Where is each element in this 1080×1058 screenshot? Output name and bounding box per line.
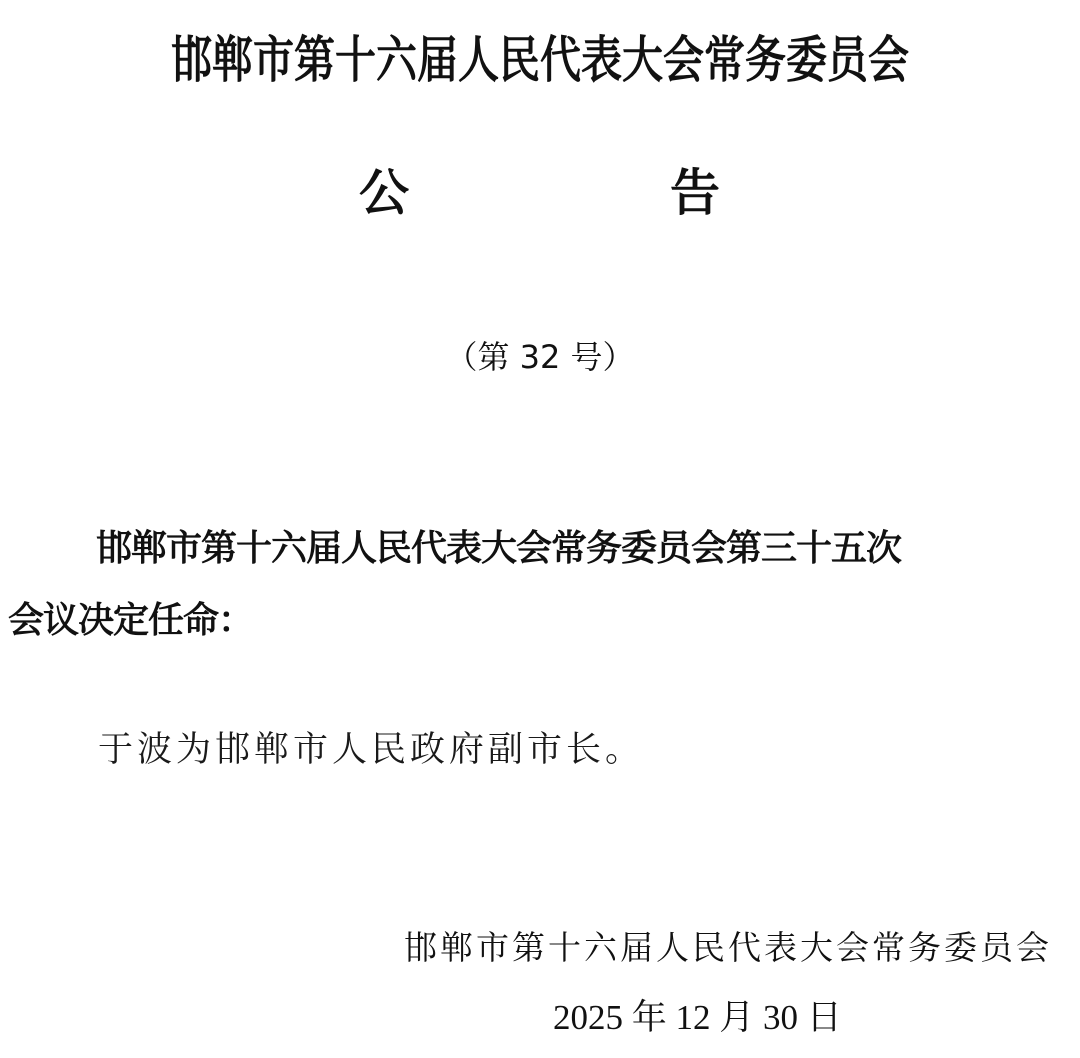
subtitle-char-gong: 公 bbox=[359, 160, 409, 226]
issuer-signature: 邯郸市第十六届人民代表大会常务委员会 bbox=[404, 923, 1052, 973]
body-text-line-2: 会议决定任命： bbox=[8, 594, 253, 648]
document-title: 邯郸市第十六届人民代表大会常务委员会 bbox=[97, 22, 983, 98]
subtitle-char-gao: 告 bbox=[670, 160, 720, 226]
body-text-line-1: 邯郸市第十六届人民代表大会常务委员会第三十五次 bbox=[96, 522, 901, 576]
issue-date: 2025 年 12 月 30 日 bbox=[553, 992, 842, 1044]
document-number: （第 32 号） bbox=[0, 333, 1080, 381]
appointment-text: 于波为邯郸市人民政府副市长。 bbox=[98, 723, 644, 777]
